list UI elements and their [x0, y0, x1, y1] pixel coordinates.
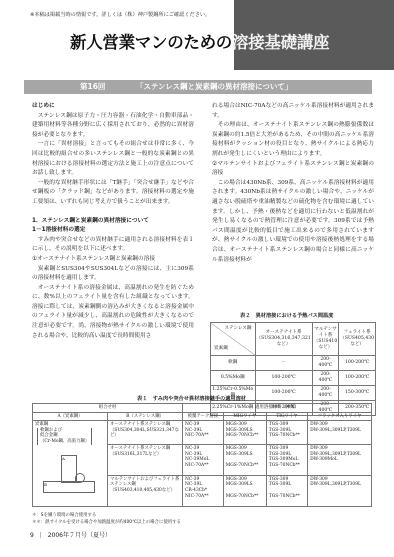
- episode-bar: 第16回 「ステンレス鋼と炭素鋼の異材溶接について」: [24, 80, 372, 94]
- section-heading: 1．ステンレス鋼と炭素鋼の異材溶接について: [32, 217, 194, 227]
- cell: 100-200℃: [339, 356, 376, 371]
- intro-heading: はじめに: [32, 102, 194, 112]
- table2-caption: 表２ 異材溶接における予熱パス間温度: [240, 312, 333, 319]
- cell-smaw: NC-39 NC-39L CR-43Cb* NIC-70A**: [183, 475, 224, 506]
- t-joint-diagram: A B: [35, 445, 105, 505]
- column-header: A（炭素鋼）: [33, 412, 108, 421]
- episode-title: 「ステンレス鋼と炭素鋼の異材溶接について」: [136, 80, 292, 94]
- cell: －: [255, 356, 312, 371]
- cell: 100-200℃: [339, 371, 376, 386]
- corner-top-label: ステンレス鋼: [225, 326, 252, 332]
- paragraph: この場合は430Nb系、309系、高ニッケル系溶接材料が適用されます。430Nb…: [212, 179, 374, 265]
- right-column: れる場合はNIC-70Aなどの高ニッケル系溶接材料が適用されます。 その理由は、…: [212, 102, 374, 265]
- cell: 200-400℃: [312, 371, 339, 386]
- column-header: TIGワイヤ: [266, 412, 307, 421]
- b-material: マルテンサイトおよびフェライト系ステンレス鋼（SUS403,410,405,43…: [108, 475, 183, 506]
- column-header: オーステナイト系（SUS304,316,347,321など）: [255, 323, 312, 356]
- table1-caption: 表１ すみ肉や突合せ異材溶接継手の適用溶材: [137, 395, 246, 402]
- subsection-heading: 1－1溶接材料の選定: [32, 226, 194, 236]
- title-part1: 新人営業マンのための: [70, 33, 232, 52]
- cell-smaw: NC-39 NC-39L NIC-70A**: [183, 421, 224, 445]
- paragraph: 一般的な異材継手形状には「T継手」「突合せ継手」などや合せ鋼板の「クラッド鋼」な…: [32, 179, 194, 208]
- a-material-bracket: 軟鋼および 低合金鋼 （Cr-Mo鋼、高張力鋼）: [37, 428, 92, 445]
- notice-text: ※本稿は掲載当時の情報です。詳しくは（株）神戸製鋼所にご確認ください。: [30, 11, 210, 18]
- note: ＊＊：熱サイクルを受ける場合や加熱温度が約400℃以上の場合に使用する: [32, 519, 181, 526]
- paragraph: ステンレス鋼は原子力・圧力容器・石油化学・自動車部品・建築用材料等各種分野に広く…: [32, 112, 194, 141]
- item-heading: ①オーステナイト系ステンレス鋼と炭素鋼の溶接: [32, 255, 194, 265]
- cell: 100-200℃: [255, 371, 312, 386]
- cell-fcw: DW-309 DW-309L,309LP,T309L: [308, 475, 372, 506]
- column-header: フェライト系（SUS405,430など）: [339, 323, 376, 356]
- cell-fcw: DW-309 DW-309L,309LP,T309L DW-309MoL: [308, 445, 372, 476]
- page-number: 9: [30, 532, 34, 539]
- group-header: 組合せ材: [33, 404, 183, 413]
- paragraph: れる場合はNIC-70Aなどの高ニッケル系溶接材料が適用されます。: [212, 102, 374, 121]
- paragraph: 炭素鋼とSUS304やSUS304Lなどの溶接には、主に309系の溶接材料を適用…: [32, 265, 194, 284]
- column-header: マルテンサイト系（SUS410など）: [312, 323, 339, 356]
- filler-metal-table: 組合せ材 適用溶接材料（神鋼） A（炭素鋼） B（ステンレス鋼） 被覆アーク溶接…: [32, 403, 372, 507]
- paragraph: すみ肉や突合せなどの異材継手に適用される溶接材料を表１に示し、その説明を以下に述…: [32, 236, 194, 255]
- issue-label: 2006年７月号（夏号）: [48, 532, 111, 539]
- cell-tig: TGS-309 TGS-309L TGS-309MoL TGS-70NCb**: [266, 445, 307, 476]
- table-row: 軟鋼 － 200-400℃ 100-200℃: [211, 356, 376, 371]
- column-header: フラックス入りワイヤ: [308, 412, 372, 421]
- row-label: 軟鋼: [211, 356, 256, 371]
- a-material-cell: 炭素鋼 軟鋼および 低合金鋼 （Cr-Mo鋼、高張力鋼） A B: [33, 421, 108, 506]
- b-material: オーステナイト系ステンレス鋼（SUS316L,317Lなど）: [108, 445, 183, 476]
- cell-smaw: NC-39 NC-39L NC-39MoL NIC-70A**: [183, 445, 224, 476]
- cell-tig: TGS-309 TGS-309L TGS-70NCb**: [266, 475, 307, 506]
- paragraph: オーステナイト系の溶接金属は、高温割れの発生を防ぐために、数%以上のフェライト量…: [32, 284, 194, 342]
- cell: 200-400℃: [312, 356, 339, 371]
- title-part2: 溶接基礎講座: [232, 33, 329, 52]
- table-notes: ＊：Sを嫌う環境の場合使用する ＊＊：熱サイクルを受ける場合や加熱温度が約400…: [32, 512, 181, 526]
- footer-divider: |: [40, 532, 42, 539]
- b-material: オーステナイト系ステンレス鋼（SUS304,304L,SUS321,347など）: [108, 421, 183, 445]
- page-title: 新人営業マンのための溶接基礎講座: [70, 29, 329, 53]
- item-heading: ②マルテンサイトおよびフェライト系ステンレス鋼と炭素鋼の溶接: [212, 160, 374, 179]
- column-header: 被覆アーク溶接: [183, 412, 224, 421]
- group-header: 適用溶接材料（神鋼）: [183, 404, 372, 413]
- cell-mig: MGS-309 MGS-309LS MGS-70NCb**: [223, 445, 266, 476]
- cell-tig: TGS-309 TGS-309L TGS-70NCb**: [266, 421, 307, 445]
- corner-cell: ステンレス鋼 炭素鋼: [211, 323, 256, 356]
- cell-mig: MGS-309 MGS-309LS MGS-70NCb**: [223, 421, 266, 445]
- cell-fcw: DW-309 DW-309L,309LP,T309L: [308, 421, 372, 445]
- plate-b: B: [43, 481, 95, 493]
- left-column: はじめに ステンレス鋼は原子力・圧力容器・石油化学・自動車部品・建築用材料等各種…: [32, 102, 194, 341]
- cell-mig: MGS-309 MGS-309LS MGS-70NCb**: [223, 475, 266, 506]
- table-row: 0.5%Mo鋼 100-200℃ 200-400℃ 100-200℃: [211, 371, 376, 386]
- column-header: MIGワイヤ: [223, 412, 266, 421]
- row-label: 0.5%Mo鋼: [211, 371, 256, 386]
- episode-number: 第16回: [80, 80, 105, 94]
- corner-bottom-label: 炭素鋼: [214, 346, 228, 352]
- paragraph: その理由は、オーステナイト系ステンレス鋼の熱膨張係数は炭素鋼の約1.5倍と大差が…: [212, 121, 374, 159]
- paragraph: 一言に「異材溶接」と言ってもその組合せは非常に多く、今回は比較的組合せの多いステ…: [32, 140, 194, 178]
- cell: 150-300℃: [339, 386, 376, 401]
- note: ＊：Sを嫌う環境の場合使用する: [32, 512, 181, 519]
- footer: 9 | 2006年７月号（夏号）: [30, 530, 111, 539]
- table-row: 炭素鋼 軟鋼および 低合金鋼 （Cr-Mo鋼、高張力鋼） A B オーステナイト…: [33, 421, 372, 445]
- cell: 100-200℃: [255, 386, 312, 401]
- cell: 200-400℃: [312, 386, 339, 401]
- column-header: B（ステンレス鋼）: [108, 412, 183, 421]
